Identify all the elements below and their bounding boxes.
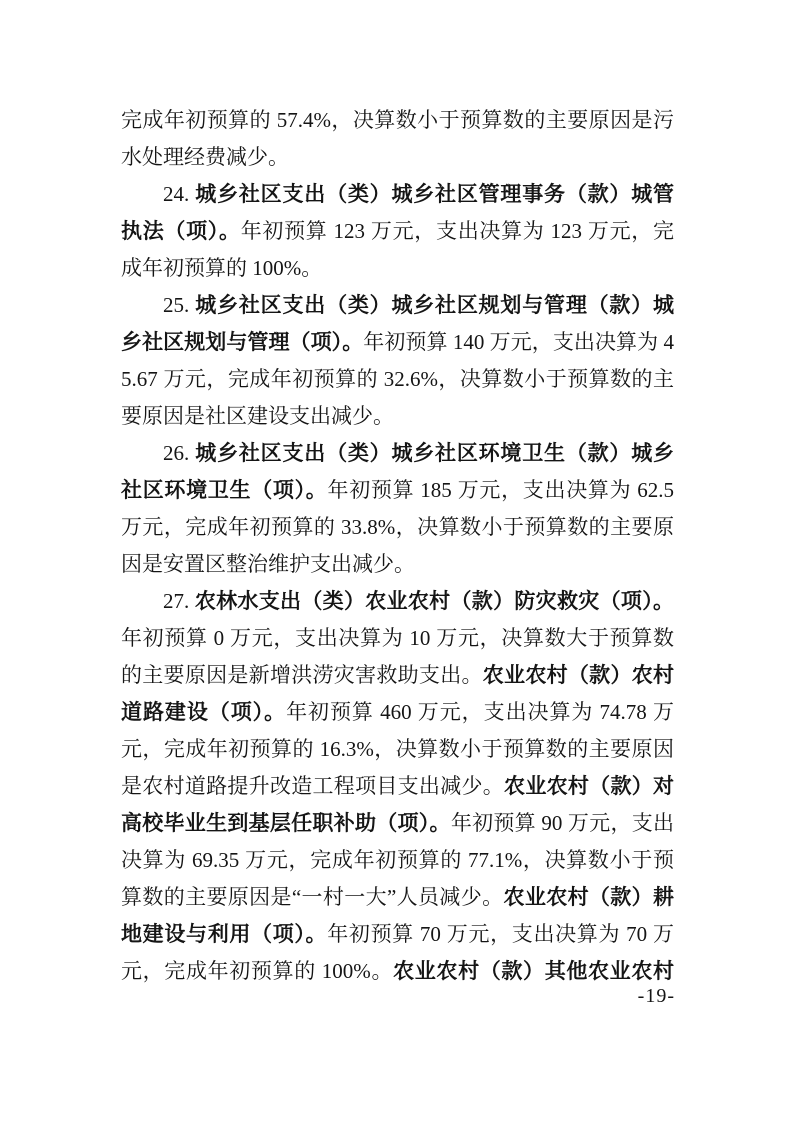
text-run: 完成年初预算的 57.4%，决算数小于预算数的主要原因是污水处理经费减少。 <box>121 108 674 169</box>
paragraph-24: 24. 城乡社区支出（类）城乡社区管理事务（款）城管执法（项）。年初预算 123… <box>121 176 674 287</box>
paragraph-27: 27. 农林水支出（类）农业农村（款）防灾救灾（项）。年初预算 0 万元，支出决… <box>121 583 674 990</box>
bold-text-run: 农业农村（款）其他农业农村 <box>393 960 674 983</box>
text-run: 25. <box>163 293 195 317</box>
paragraph-25: 25. 城乡社区支出（类）城乡社区规划与管理（款）城乡社区规划与管理（项）。年初… <box>121 287 674 435</box>
paragraph-23-continuation: 完成年初预算的 57.4%，决算数小于预算数的主要原因是污水处理经费减少。 <box>121 102 674 176</box>
text-run: 27. <box>163 589 195 613</box>
bold-text-run: 农林水支出（类）农业农村（款）防灾救灾（项）。 <box>195 590 674 613</box>
page-number: -19- <box>638 985 675 1007</box>
text-run: 26. <box>163 441 195 465</box>
body-text-block: 完成年初预算的 57.4%，决算数小于预算数的主要原因是污水处理经费减少。 24… <box>121 102 674 990</box>
document-page: 完成年初预算的 57.4%，决算数小于预算数的主要原因是污水处理经费减少。 24… <box>0 0 793 1122</box>
paragraph-26: 26. 城乡社区支出（类）城乡社区环境卫生（款）城乡社区环境卫生（项）。年初预算… <box>121 435 674 583</box>
text-run: 24. <box>163 182 195 206</box>
